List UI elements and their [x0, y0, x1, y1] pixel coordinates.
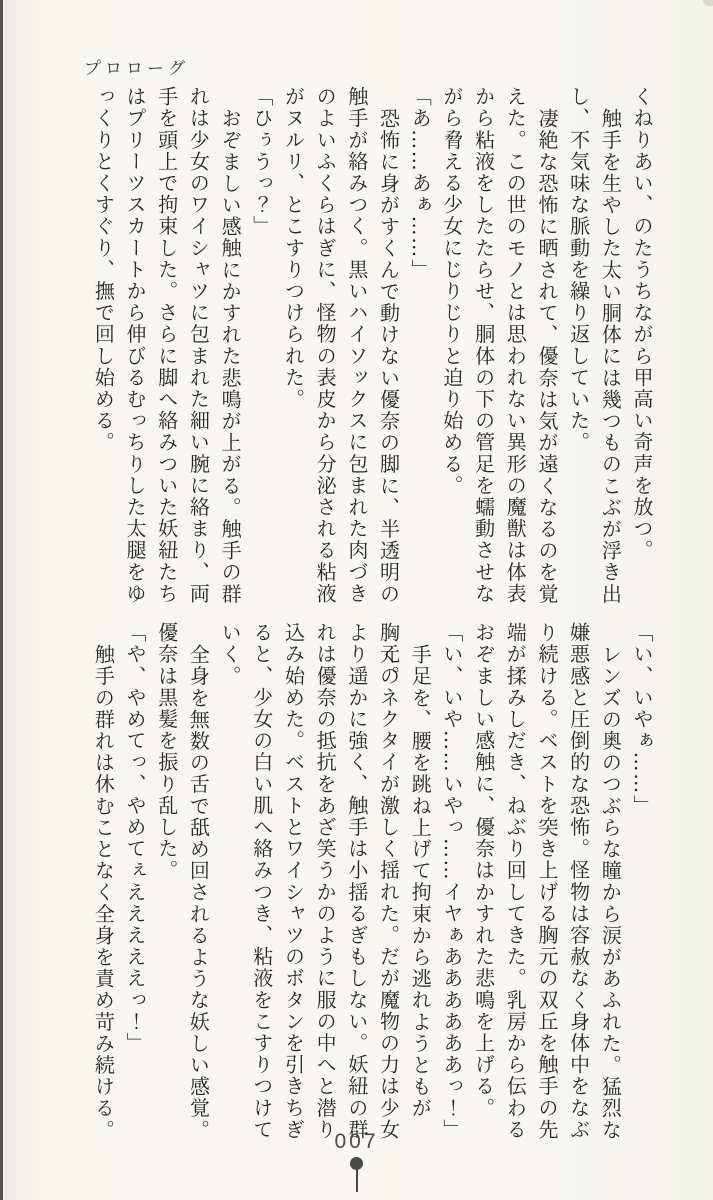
text-line: から粘液をしたたらせ、胴体の下の管足を蠕動させな [467, 86, 499, 606]
text-line: れは優奈の抵抗をあざ笑うかのように服の中へと潜り [308, 622, 340, 1142]
text-line: 「い、いやぁ……」 [625, 622, 657, 1142]
text-line: 「あ……あぁ……」 [404, 86, 436, 606]
text-line: のよいふくらはぎに、怪物の表皮から分泌される粘液 [308, 86, 340, 606]
chapter-header: プロローグ [84, 54, 189, 79]
text-line: り続ける。ベストを突き上げる胸元の双丘を触手の先 [530, 622, 562, 1142]
text-line: より遥かに強く、触手は小揺るぎもしない。妖紐の群 [340, 622, 372, 1142]
text-line: 込み始めた。ベストとワイシャツのボタンを引きちぎ [277, 622, 309, 1142]
scan-corner-artifact [703, 0, 713, 6]
text-line: れは少女のワイシャツに包まれた細い腕に絡まり、両 [182, 86, 214, 606]
binding-dot-icon [350, 1157, 363, 1170]
book-page: プロローグ くねりあい、のたうちながら甲高い奇声を放つ。触手を生やした太い胴体に… [0, 0, 713, 1200]
text-block-top: くねりあい、のたうちながら甲高い奇声を放つ。触手を生やした太い胴体には幾つものこ… [85, 86, 657, 606]
text-line: がヌルリ、とこすりつけられた。 [277, 86, 309, 606]
text-line: 触手が絡みつく。黒いハイソックスに包まれた肉づき [340, 86, 372, 606]
text-line: っくりとくすぐり、撫で回し始める。 [87, 86, 119, 606]
text-line: ると、少女の白い肌へ絡みつき、粘液をこすりつけて [245, 622, 277, 1142]
text-line: 触手を生やした太い胴体には幾つものこぶが浮き出 [594, 86, 626, 606]
text-line: 優奈は黒髪を振り乱した。 [150, 622, 182, 1142]
text-line: レンズの奥のつぶらな瞳から涙があふれた。猛烈な [594, 622, 626, 1142]
text-line: 胸元のネクタイが激しく揺れた。だが魔物の力は少女 [372, 622, 404, 1142]
text-line: えた。この世のモノとは思われない異形の魔獣は体表 [499, 86, 531, 606]
page-footer: 007 [0, 1130, 713, 1200]
text-line: 恐怖に身がすくんで動けない優奈の脚に、半透明の [372, 86, 404, 606]
text-line: 全身を無数の舌で舐め回されるような妖しい感覚。 [182, 622, 214, 1142]
text-line: はプリーツスカートから伸びるむっちりした太腿をゆ [118, 86, 150, 606]
binding-line [356, 1170, 358, 1192]
text-line: 触手の群れは休むことなく全身を責め苛み続ける。 [87, 622, 119, 1142]
text-line: おぞましい感触にかすれた悲鳴が上がる。触手の群 [213, 86, 245, 606]
text-line: がら脅える少女にじりじりと迫り始める。 [435, 86, 467, 606]
text-line: 嫌悪感と圧倒的な恐怖。怪物は容赦なく身体中をなぶ [562, 622, 594, 1142]
text-line: し、不気味な脈動を繰り返していた。 [562, 86, 594, 606]
text-line: 「や、やめてっ、やめてぇえええええっ！」 [118, 622, 150, 1142]
text-line: 「ひぅうっ？」 [245, 86, 277, 606]
text-line: 凄絶な恐怖に晒されて、優奈は気が遠くなるのを覚 [530, 86, 562, 606]
text-line: おぞましい感触に、優奈はかすれた悲鳴を上げる。 [467, 622, 499, 1142]
text-line: 端が揉みしだき、ねぶり回してきた。乳房から伝わる [499, 622, 531, 1142]
text-line: いく。 [213, 622, 245, 1142]
scan-edge-shadow [0, 0, 3, 1200]
page-number: 007 [0, 1130, 713, 1154]
text-block-bottom: 「い、いやぁ……」レンズの奥のつぶらな瞳から涙があふれた。猛烈な嫌悪感と圧倒的な… [85, 622, 657, 1142]
text-line: くねりあい、のたうちながら甲高い奇声を放つ。 [625, 86, 657, 606]
text-line: 「い、いや……いやっ……イヤぁああああああっ！」 [435, 622, 467, 1142]
text-line: 手を頭上で拘束した。さらに脚へ絡みついた妖紐たち [150, 86, 182, 606]
text-line: 手足を、腰を跳ね上げて拘束から逃れようともがく。 [404, 622, 436, 1142]
